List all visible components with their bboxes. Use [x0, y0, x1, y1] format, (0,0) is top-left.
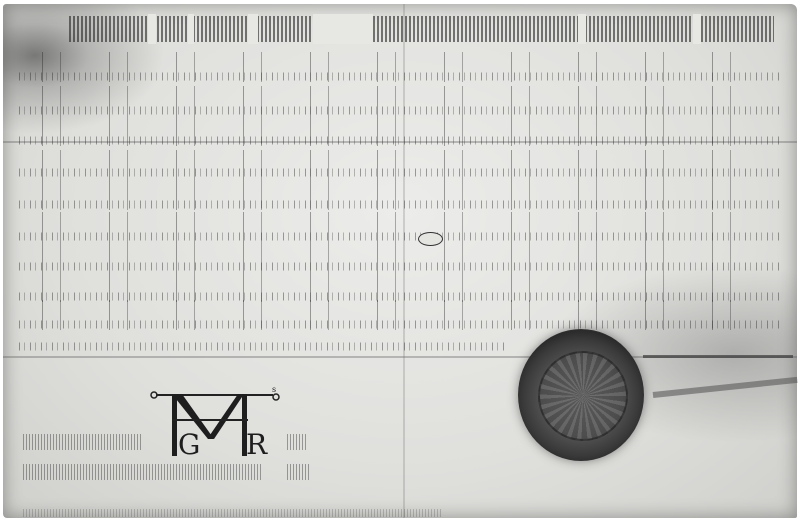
- title-spacing: [578, 14, 586, 44]
- title-spacing: [148, 14, 156, 44]
- title-line-script: [69, 16, 774, 42]
- archive-stamp: [418, 232, 443, 246]
- charter-parchment: Medieval charter (diploma) on parchment …: [3, 4, 797, 518]
- text-line-1: [19, 66, 779, 84]
- title-spacing: [693, 14, 701, 44]
- signature-line-2: [23, 464, 263, 480]
- text-line-9: [19, 314, 779, 332]
- signature-line-1: [23, 434, 143, 450]
- svg-text:R: R: [246, 428, 268, 457]
- dating-line: [23, 509, 443, 517]
- svg-text:s: s: [272, 387, 276, 394]
- seal-cord: [643, 355, 793, 358]
- royal-monogram: s G R: [148, 387, 283, 457]
- title-spacing: [313, 14, 373, 44]
- svg-text:G: G: [178, 428, 200, 457]
- text-line-10: [19, 336, 507, 354]
- text-line-4: [19, 162, 779, 180]
- seal-impression: [538, 351, 628, 441]
- signature-recognition: [287, 434, 307, 450]
- wax-seal: [518, 329, 644, 461]
- seal-crack: [653, 377, 798, 398]
- title-spacing: [248, 14, 258, 44]
- text-line-5: [19, 194, 779, 212]
- text-line-3: [19, 130, 779, 148]
- title-spacing: [188, 14, 194, 44]
- signature-recognition: [287, 464, 309, 480]
